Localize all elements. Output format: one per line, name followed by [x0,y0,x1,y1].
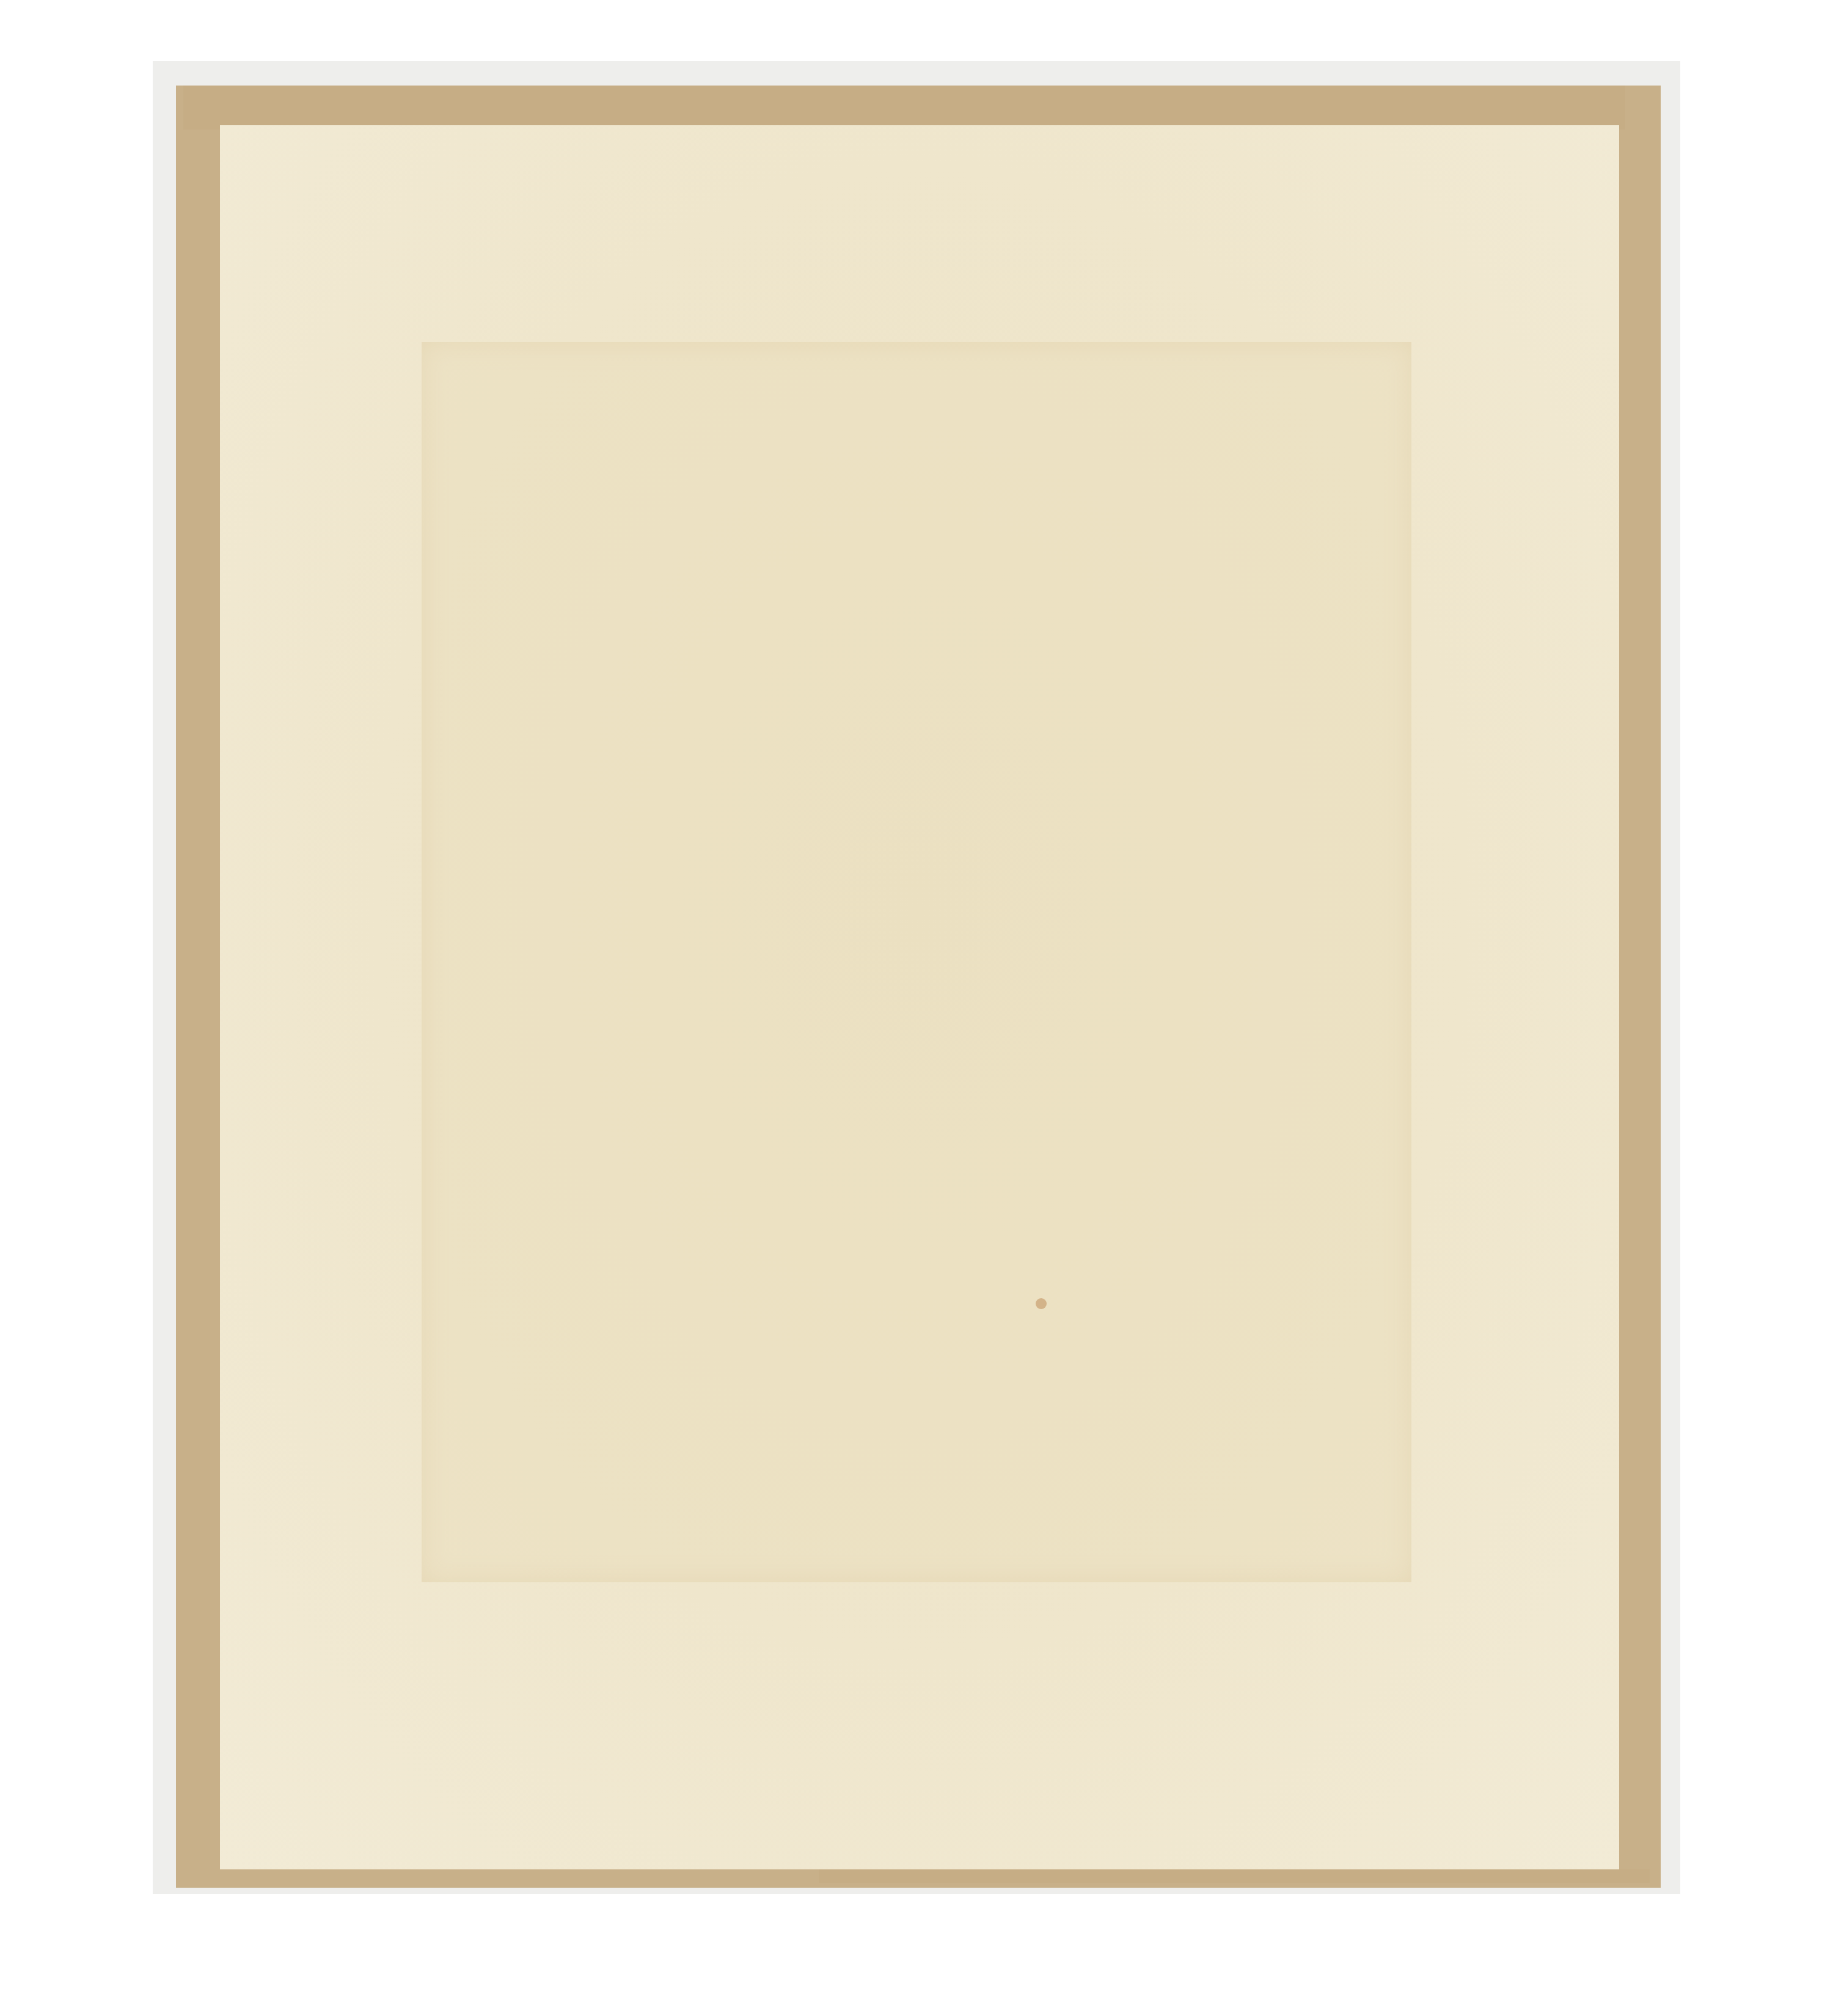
top-tape-strip [183,86,1625,130]
paper-sheet [220,125,1619,1869]
stain-spot [1036,1298,1047,1309]
bottom-tape-strip [819,1869,1650,1883]
plate-impression [422,342,1411,1582]
